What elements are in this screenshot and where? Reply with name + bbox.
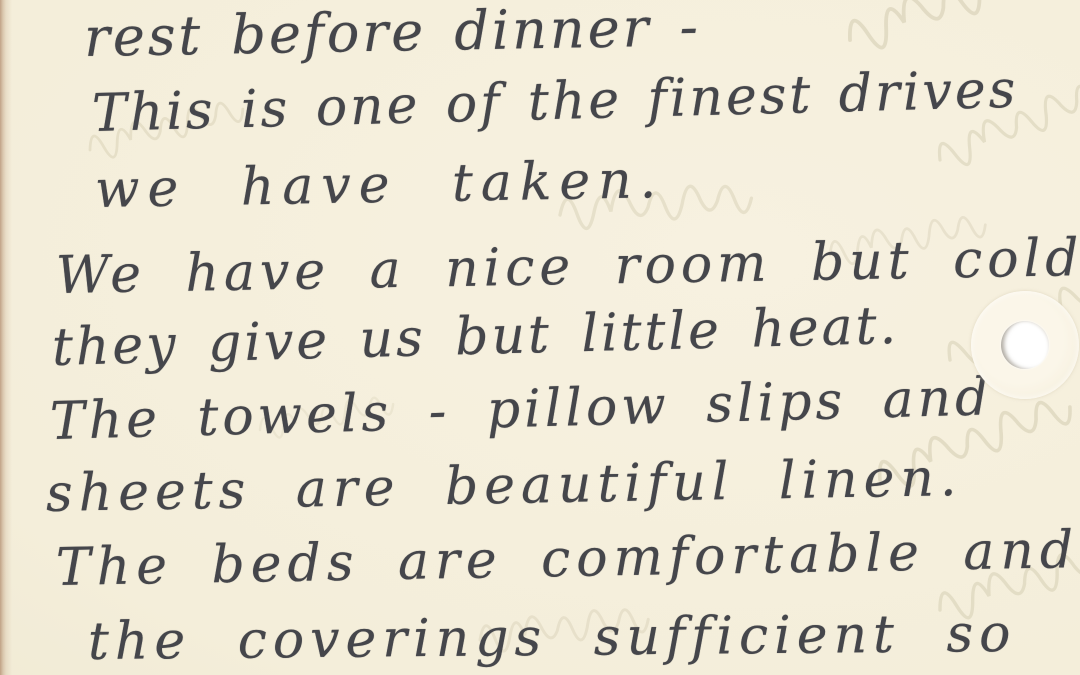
scanned-letter-page: rest before dinner - This is one of the … bbox=[0, 0, 1080, 675]
punched-hole bbox=[1001, 321, 1049, 369]
handwritten-line-9: the coverings sufficient so bbox=[88, 604, 1017, 672]
handwritten-line-3: we have taken. bbox=[94, 150, 664, 220]
handwritten-line-1: rest before dinner - bbox=[83, 0, 701, 69]
